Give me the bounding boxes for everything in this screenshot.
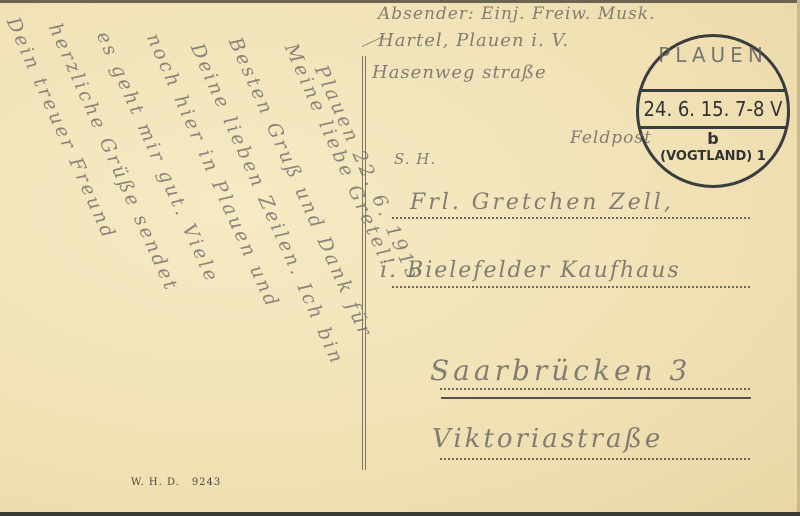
- postmark: PLAUEN 24. 6. 15. 7-8 V b (VOGTLAND) 1: [636, 34, 790, 188]
- postmark-date: 24. 6. 15. 7-8 V: [639, 97, 787, 121]
- address-note: Feldpost: [570, 128, 652, 148]
- printer-mark: W. H. D.9243: [131, 477, 221, 488]
- postmark-city: PLAUEN: [639, 43, 787, 67]
- publisher-initials: W. H. D.: [131, 477, 180, 488]
- postmark-office-letter: b: [639, 129, 787, 148]
- recipient-city: Saarbrücken 3: [430, 354, 691, 387]
- postcard: Plauen 22. 6. 1915 Meine liebe Gretel! B…: [0, 0, 800, 516]
- card-top-edge: [0, 0, 800, 3]
- postmark-region: (VOGTLAND) 1: [639, 149, 787, 164]
- sender-line: Absender: Einj. Freiw. Musk.: [378, 4, 656, 24]
- recipient-name: Frl. Gretchen Zell,: [410, 190, 674, 215]
- address-salutation: S. H.: [394, 150, 436, 168]
- recipient-street-company: i. Bielefelder Kaufhaus: [380, 258, 681, 283]
- address-dotted-line: [440, 458, 750, 460]
- sender-line: Hartel, Plauen i. V.: [378, 30, 569, 51]
- center-divider: [362, 56, 366, 470]
- recipient-street: Viktoriastraße: [432, 424, 663, 454]
- card-number: 9243: [192, 477, 221, 488]
- card-bottom-edge: [0, 512, 800, 516]
- address-dotted-line: [440, 388, 750, 390]
- address-dotted-line: [392, 217, 750, 219]
- sender-line: Hasenweg straße: [372, 62, 547, 83]
- address-dotted-line: [392, 286, 750, 288]
- city-underline: [441, 397, 751, 399]
